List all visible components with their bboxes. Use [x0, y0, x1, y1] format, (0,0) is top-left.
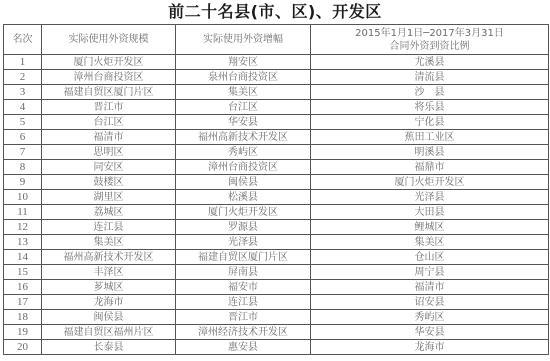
ratio-cell: 沙 县	[311, 85, 549, 100]
rank-cell: 5	[4, 115, 42, 130]
growth-cell: 漳州经济技术开发区	[176, 325, 311, 340]
rank-cell: 6	[4, 130, 42, 145]
scale-cell: 晋江市	[42, 100, 176, 115]
rank-cell: 4	[4, 100, 42, 115]
rank-cell: 16	[4, 280, 42, 295]
growth-cell: 漳州台商投资区	[176, 160, 311, 175]
rank-cell: 1	[4, 55, 42, 70]
table-header-row: 名次 实际使用外资规模 实际使用外资增幅 2015年1月1日─2017年3月31…	[4, 25, 549, 55]
ratio-cell: 明溪县	[311, 145, 549, 160]
table-row: 17龙海市连江县诏安县	[4, 295, 549, 310]
rank-cell: 12	[4, 220, 42, 235]
ratio-cell: 诏安县	[311, 295, 549, 310]
growth-cell: 秀屿区	[176, 145, 311, 160]
rank-cell: 10	[4, 190, 42, 205]
scale-cell: 丰泽区	[42, 265, 176, 280]
ratio-cell: 清流县	[311, 70, 549, 85]
rank-cell: 7	[4, 145, 42, 160]
scale-cell: 芗城区	[42, 280, 176, 295]
growth-cell: 罗源县	[176, 220, 311, 235]
ratio-cell: 光泽县	[311, 190, 549, 205]
growth-cell: 松溪县	[176, 190, 311, 205]
header-ratio-label: 合同外资到资比例	[311, 40, 548, 53]
rank-cell: 20	[4, 340, 42, 355]
ratio-cell: 尤溪县	[311, 55, 549, 70]
scale-cell: 湖里区	[42, 190, 176, 205]
ratio-cell: 宁化县	[311, 115, 549, 130]
ratio-cell: 华安县	[311, 325, 549, 340]
growth-cell: 泉州台商投资区	[176, 70, 311, 85]
scale-cell: 集美区	[42, 235, 176, 250]
growth-cell: 集美区	[176, 85, 311, 100]
table-row: 4晋江市台江区将乐县	[4, 100, 549, 115]
growth-cell: 屏南县	[176, 265, 311, 280]
table-row: 9鼓楼区闽侯县厦门火炬开发区	[4, 175, 549, 190]
table-row: 2漳州台商投资区泉州台商投资区清流县	[4, 70, 549, 85]
rank-cell: 14	[4, 250, 42, 265]
growth-cell: 厦门火炬开发区	[176, 205, 311, 220]
table-row: 12连江县罗源县鲤城区	[4, 220, 549, 235]
rank-cell: 9	[4, 175, 42, 190]
scale-cell: 福州高新技术开发区	[42, 250, 176, 265]
ratio-cell: 秀屿区	[311, 310, 549, 325]
scale-cell: 思明区	[42, 145, 176, 160]
ratio-cell: 仓山区	[311, 250, 549, 265]
growth-cell: 惠安县	[176, 340, 311, 355]
rank-cell: 2	[4, 70, 42, 85]
ratio-cell: 福鼎市	[311, 160, 549, 175]
rank-cell: 19	[4, 325, 42, 340]
scale-cell: 长泰县	[42, 340, 176, 355]
scale-cell: 同安区	[42, 160, 176, 175]
table-row: 6福清市福州高新技术开发区蕉田工业区	[4, 130, 549, 145]
page-title: 前二十名县(市、区)、开发区	[0, 2, 550, 22]
growth-cell: 闽侯县	[176, 175, 311, 190]
header-growth: 实际使用外资增幅	[176, 25, 311, 55]
growth-cell: 华安县	[176, 115, 311, 130]
scale-cell: 龙海市	[42, 295, 176, 310]
growth-cell: 福州高新技术开发区	[176, 130, 311, 145]
table-row: 10湖里区松溪县光泽县	[4, 190, 549, 205]
header-scale: 实际使用外资规模	[42, 25, 176, 55]
table-row: 16芗城区福安市福清市	[4, 280, 549, 295]
rank-cell: 11	[4, 205, 42, 220]
ratio-cell: 集美区	[311, 235, 549, 250]
growth-cell: 连江县	[176, 295, 311, 310]
rank-cell: 3	[4, 85, 42, 100]
rank-cell: 13	[4, 235, 42, 250]
growth-cell: 光泽县	[176, 235, 311, 250]
scale-cell: 厦门火炬开发区	[42, 55, 176, 70]
table-row: 18闽侯县晋江市秀屿区	[4, 310, 549, 325]
table-row: 11荔城区厦门火炬开发区大田县	[4, 205, 549, 220]
ratio-cell: 鲤城区	[311, 220, 549, 235]
ratio-cell: 将乐县	[311, 100, 549, 115]
ranking-table: 名次 实际使用外资规模 实际使用外资增幅 2015年1月1日─2017年3月31…	[3, 24, 549, 355]
scale-cell: 连江县	[42, 220, 176, 235]
growth-cell: 晋江市	[176, 310, 311, 325]
table-row: 1厦门火炬开发区翔安区尤溪县	[4, 55, 549, 70]
growth-cell: 台江区	[176, 100, 311, 115]
scale-cell: 台江区	[42, 115, 176, 130]
ratio-cell: 福清市	[311, 280, 549, 295]
table-row: 15丰泽区屏南县周宁县	[4, 265, 549, 280]
header-ratio-period: 2015年1月1日─2017年3月31日	[311, 27, 548, 40]
table-row: 20长泰县惠安县龙海市	[4, 340, 549, 355]
scale-cell: 福建自贸区福州片区	[42, 325, 176, 340]
scale-cell: 福建自贸区厦门片区	[42, 85, 176, 100]
growth-cell: 福建自贸区厦门片区	[176, 250, 311, 265]
table-row: 3福建自贸区厦门片区集美区沙 县	[4, 85, 549, 100]
rank-cell: 17	[4, 295, 42, 310]
scale-cell: 鼓楼区	[42, 175, 176, 190]
ratio-cell: 龙海市	[311, 340, 549, 355]
scale-cell: 闽侯县	[42, 310, 176, 325]
growth-cell: 福安市	[176, 280, 311, 295]
table-row: 14福州高新技术开发区福建自贸区厦门片区仓山区	[4, 250, 549, 265]
table-row: 19福建自贸区福州片区漳州经济技术开发区华安县	[4, 325, 549, 340]
ratio-cell: 大田县	[311, 205, 549, 220]
rank-cell: 15	[4, 265, 42, 280]
rank-cell: 18	[4, 310, 42, 325]
rank-cell: 8	[4, 160, 42, 175]
ratio-cell: 厦门火炬开发区	[311, 175, 549, 190]
growth-cell: 翔安区	[176, 55, 311, 70]
ratio-cell: 周宁县	[311, 265, 549, 280]
table-row: 7思明区秀屿区明溪县	[4, 145, 549, 160]
header-rank: 名次	[4, 25, 42, 55]
table-row: 5台江区华安县宁化县	[4, 115, 549, 130]
scale-cell: 荔城区	[42, 205, 176, 220]
scale-cell: 福清市	[42, 130, 176, 145]
ratio-cell: 蕉田工业区	[311, 130, 549, 145]
header-ratio: 2015年1月1日─2017年3月31日 合同外资到资比例	[311, 25, 549, 55]
scale-cell: 漳州台商投资区	[42, 70, 176, 85]
table-row: 8同安区漳州台商投资区福鼎市	[4, 160, 549, 175]
table-row: 13集美区光泽县集美区	[4, 235, 549, 250]
